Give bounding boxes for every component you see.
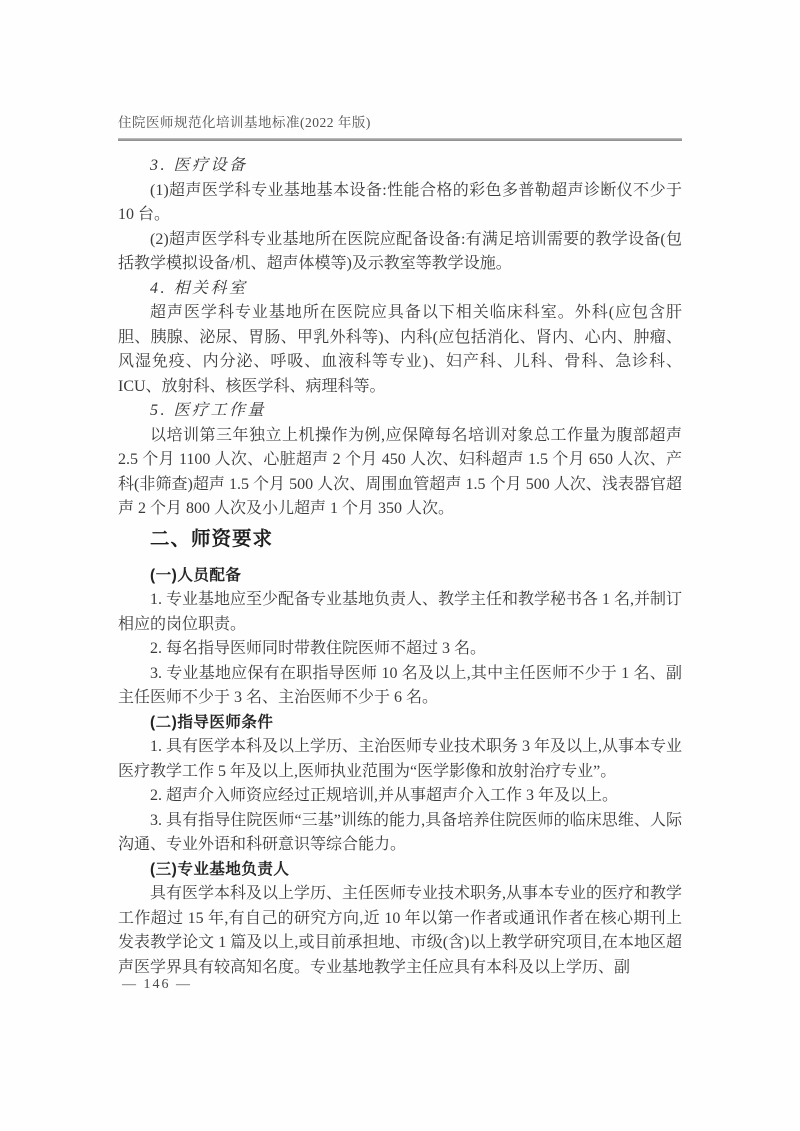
header-rule <box>118 138 682 141</box>
paragraph: 1. 具有医学本科及以上学历、主治医师专业技术职务 3 年及以上,从事本专业医疗… <box>118 735 682 784</box>
section-heading: 二、师资要求 <box>150 527 682 551</box>
subsection-heading: (三)专业基地负责人 <box>150 858 682 883</box>
paragraph: 超声医学科专业基地所在医院应具备以下相关临床科室。外科(应包含肝胆、胰腺、泌尿、… <box>118 301 682 399</box>
subsection-heading: (二)指导医师条件 <box>150 711 682 736</box>
document-page: 住院医师规范化培训基地标准(2022 年版) 3. 医疗设备(1)超声医学科专业… <box>0 0 800 1131</box>
paragraph: (2)超声医学科专业基地所在医院应配备设备:有满足培训需要的教学设备(包括教学模… <box>118 228 682 277</box>
clause-heading: 4. 相关科室 <box>150 277 682 302</box>
paragraph: 2. 每名指导医师同时带教住院医师不超过 3 名。 <box>118 637 682 662</box>
subsection-heading: (一)人员配备 <box>150 564 682 589</box>
paragraph: 3. 专业基地应保有在职指导医师 10 名及以上,其中主任医师不少于 1 名、副… <box>118 662 682 711</box>
paragraph: (1)超声医学科专业基地基本设备:性能合格的彩色多普勒超声诊断仪不少于 10 台… <box>118 179 682 228</box>
clause-heading: 5. 医疗工作量 <box>150 399 682 424</box>
page-number: — 146 — <box>122 977 192 993</box>
running-header: 住院医师规范化培训基地标准(2022 年版) <box>118 114 682 132</box>
clause-heading: 3. 医疗设备 <box>150 154 682 179</box>
paragraph: 以培训第三年独立上机操作为例,应保障每名培训对象总工作量为腹部超声 2.5 个月… <box>118 424 682 522</box>
paragraph: 3. 具有指导住院医师“三基”训练的能力,具备培养住院医师的临床思维、人际沟通、… <box>118 809 682 858</box>
page-content: 3. 医疗设备(1)超声医学科专业基地基本设备:性能合格的彩色多普勒超声诊断仪不… <box>118 154 682 980</box>
paragraph: 具有医学本科及以上学历、主任医师专业技术职务,从事本专业的医疗和教学工作超过 1… <box>118 882 682 980</box>
paragraph: 1. 专业基地应至少配备专业基地负责人、教学主任和教学秘书各 1 名,并制订相应… <box>118 588 682 637</box>
paragraph: 2. 超声介入师资应经过正规培训,并从事超声介入工作 3 年及以上。 <box>118 784 682 809</box>
